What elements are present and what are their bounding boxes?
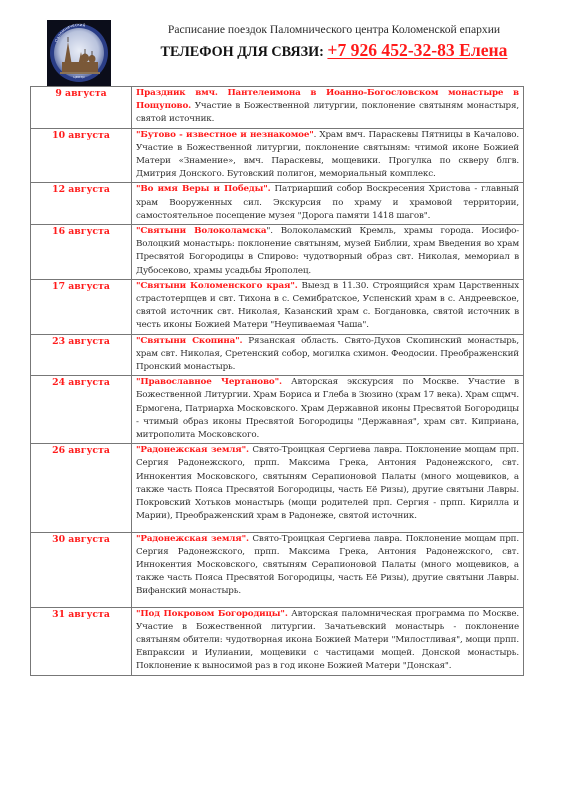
trip-title: "Святыни Коломенского края". bbox=[136, 281, 298, 291]
trip-description: "Радонежская земля". Свято-Троицкая Серг… bbox=[132, 444, 524, 532]
trip-title: "Православное Чертаново". bbox=[136, 377, 282, 387]
svg-text:центр: центр bbox=[73, 75, 85, 79]
trip-description: "Во имя Веры и Победы". Патриарший собор… bbox=[132, 183, 524, 225]
trip-date: 17 августа bbox=[31, 279, 132, 334]
trip-title: "Радонежская земля". bbox=[136, 534, 249, 544]
trip-title: "Бутово - известное и незнакомое" bbox=[136, 130, 314, 140]
trip-description: "Под Покровом Богородицы". Авторская пал… bbox=[132, 607, 524, 675]
trip-description: "Радонежская земля". Свято-Троицкая Серг… bbox=[132, 532, 524, 607]
page-header: Расписание поездок Паломнического центра… bbox=[124, 22, 544, 62]
schedule-row: 24 августа"Православное Чертаново". Авто… bbox=[31, 376, 524, 444]
trip-description: "Святыни Коломенского края". Выезд в 11.… bbox=[132, 279, 524, 334]
trip-date: 10 августа bbox=[31, 128, 132, 183]
trip-description: "Православное Чертаново". Авторская экск… bbox=[132, 376, 524, 444]
trip-date: 24 августа bbox=[31, 376, 132, 444]
trip-details: Участие в Божественной литургии, поклоне… bbox=[136, 101, 519, 124]
schedule-row: 16 августа"Святыни Волоколамска". Волоко… bbox=[31, 225, 524, 280]
trip-title: "Под Покровом Богородицы". bbox=[136, 609, 288, 619]
schedule-row: 30 августа"Радонежская земля". Свято-Тро… bbox=[31, 532, 524, 607]
trip-date: 9 августа bbox=[31, 87, 132, 129]
trip-title: "Святыни Скопина". bbox=[136, 336, 242, 346]
trip-description: "Бутово - известное и незнакомое". Храм … bbox=[132, 128, 524, 183]
pilgrimage-center-logo: Паломнический центр bbox=[47, 20, 111, 86]
trip-title: "Святыни Волоколамска bbox=[136, 226, 266, 236]
phone-link[interactable]: +7 926 452-32-83 Елена bbox=[327, 40, 507, 60]
trip-date: 30 августа bbox=[31, 532, 132, 607]
trip-date: 23 августа bbox=[31, 334, 132, 376]
trip-title: "Во имя Веры и Победы". bbox=[136, 184, 271, 194]
trip-date: 12 августа bbox=[31, 183, 132, 225]
trip-date: 26 августа bbox=[31, 444, 132, 532]
trip-date: 31 августа bbox=[31, 607, 132, 675]
trip-description: Праздник вмч. Пантелеимона в Иоанно-Бого… bbox=[132, 87, 524, 129]
trip-date: 16 августа bbox=[31, 225, 132, 280]
schedule-row: 23 августа"Святыни Скопина". Рязанская о… bbox=[31, 334, 524, 376]
schedule-row: 17 августа"Святыни Коломенского края". В… bbox=[31, 279, 524, 334]
schedule-table: 9 августаПраздник вмч. Пантелеимона в Ио… bbox=[30, 86, 524, 676]
church-emblem-icon: Паломнический центр bbox=[48, 22, 110, 84]
schedule-row: 10 августа"Бутово - известное и незнаком… bbox=[31, 128, 524, 183]
trip-description: "Святыни Скопина". Рязанская область. Св… bbox=[132, 334, 524, 376]
page-title: Расписание поездок Паломнического центра… bbox=[124, 22, 544, 37]
trip-details: Свято-Троицкая Сергиева лавра. Поклонени… bbox=[136, 445, 519, 521]
schedule-row: 9 августаПраздник вмч. Пантелеимона в Ио… bbox=[31, 87, 524, 129]
phone-label: ТЕЛЕФОН ДЛЯ СВЯЗИ: bbox=[161, 44, 328, 60]
schedule-row: 31 августа"Под Покровом Богородицы". Авт… bbox=[31, 607, 524, 675]
trip-description: "Святыни Волоколамска". Волоколамский Кр… bbox=[132, 225, 524, 280]
contact-line: ТЕЛЕФОН ДЛЯ СВЯЗИ: +7 926 452-32-83 Елен… bbox=[124, 40, 544, 62]
schedule-row: 26 августа"Радонежская земля". Свято-Тро… bbox=[31, 444, 524, 532]
trip-title: "Радонежская земля". bbox=[136, 445, 249, 455]
schedule-row: 12 августа"Во имя Веры и Победы". Патриа… bbox=[31, 183, 524, 225]
